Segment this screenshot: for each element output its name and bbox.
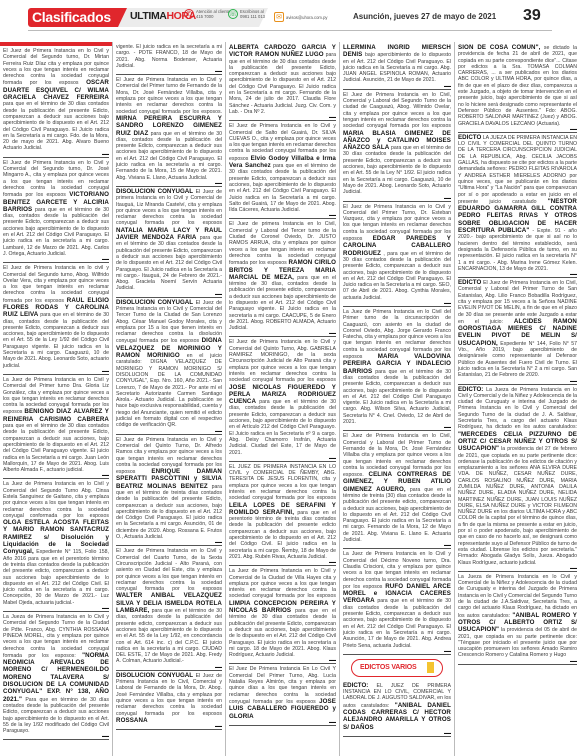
legal-notice: La Juez de Primera Instancia en lo Civil…: [3, 479, 109, 612]
notice-code: ▬▬: [3, 257, 109, 261]
notice-text-end: para que en el término de 30 días contad…: [229, 608, 336, 658]
notice-text-end: para que en el término de 30 días contad…: [343, 145, 451, 195]
notice-text-end: para que en el término de 30 días, conta…: [116, 608, 222, 664]
notice-text-end: para que en el término de 30 días contad…: [3, 101, 109, 151]
legal-notice: DISOLUCION CONYUGAL El Juez de primera I…: [116, 187, 222, 298]
column-3: ALBERTA CARDOZO GARCIA Y VICTOR RAMON NU…: [226, 42, 340, 756]
contact-value: 0981 111 013: [240, 14, 265, 19]
legal-notice: El Juez de Primera Instancia en lo Civil…: [3, 46, 109, 158]
notice-code: ▬▬: [116, 540, 222, 544]
notice-code: ▬▬: [3, 734, 109, 738]
notice-parties: ALBERTA CARDOZO GARCIA Y VICTOR RAMON NU…: [229, 44, 336, 58]
column-1: El Juez de Primera Instancia en lo Civil…: [0, 42, 113, 756]
legal-notice: El Juez de Primera Instancia en lo Civil…: [116, 435, 222, 547]
notice-code: ▬▬: [343, 301, 451, 305]
publication-date: Asunción, jueves 27 de mayo de 2021: [353, 12, 496, 21]
contact-whatsapp[interactable]: ☏ Escribinos al0981 111 013: [228, 9, 265, 19]
page-number: 39: [523, 7, 541, 25]
notice-lead: EDICTO:: [458, 386, 483, 393]
legal-notice: El Juez de Primera Instancia en lo Civil…: [343, 431, 451, 549]
logo-main: ULTIMA: [130, 10, 166, 22]
legal-notice: El Juez de Primera Instancia en lo Civil…: [229, 121, 336, 219]
legal-notice: EL JUEZ DE PRIMERA INSTANCIA EN LO CIVIL…: [229, 462, 336, 566]
mail-icon: ✉: [274, 12, 284, 22]
notice-code: ▬▬: [116, 181, 222, 185]
notice-lead: DISOLUCION CONYUGAL: [116, 188, 193, 195]
legal-notice: La Jueza de Primera Instancia en lo Civi…: [458, 572, 577, 665]
notice-code: ▬▬: [343, 543, 451, 547]
legal-notice: El Juez de Primera Instancia en lo Civil…: [229, 337, 336, 461]
notice-code: ▬▬: [343, 425, 451, 429]
contact-value: 415 7000: [196, 14, 213, 19]
contact-value: avisos@uhora.com.py: [286, 15, 328, 20]
header-divider: [28, 30, 552, 31]
notice-text-end: Expediente N° 115, Folio 158, Año 2016 p…: [3, 549, 109, 605]
notice-parties: "NORMA NEOMICIA AREVALOS DE MORENO C/ HE…: [3, 652, 109, 703]
contact-phone[interactable]: ✆ Atención al cliente415 7000: [184, 9, 230, 19]
legal-notice: EDICTO LA JUEZA DE PRIMERA INSTANCIA EN …: [458, 133, 577, 278]
banner-icon: [427, 662, 434, 673]
legal-notice: EDICTO El Juez de Primera Instancia en l…: [458, 278, 577, 384]
notice-code: ▬▬: [343, 649, 451, 653]
notice-parties: ROSSANA: [116, 717, 148, 724]
notice-text-end: para que en el término de treinta (30) d…: [343, 487, 451, 543]
section-brand: Clasificados: [28, 8, 128, 27]
notice-code: ▬▬: [458, 379, 577, 383]
phone-icon: ✆: [184, 9, 194, 19]
notice-code: ▬▬: [116, 292, 222, 296]
column-2: vigente. El juicio radica en la secretar…: [113, 42, 226, 756]
notice-code: ▬▬: [229, 720, 336, 724]
notice-parties: SION DE COSA COMUN",: [458, 44, 540, 51]
notice-text-end: la providencia del 27 de febrero de 2021…: [458, 446, 577, 565]
classifieds-columns: El Juez de Primera Instancia en lo Civil…: [0, 42, 580, 756]
notice-code: ▬▬: [458, 272, 577, 276]
notice-code: ▬▬: [458, 127, 577, 131]
legal-notice: El Juez De Primera Instancia En Lo Civil…: [229, 664, 336, 725]
notice-code: ▬▬: [458, 659, 577, 663]
contact-email[interactable]: ✉ avisos@uhora.com.py: [274, 12, 328, 22]
notice-text-end: para que en el término de 30 días contad…: [229, 52, 336, 115]
notice-code: ▬▬: [458, 566, 577, 570]
notice-code: ▬▬: [229, 456, 336, 460]
notice-text: El Juez de Primera Instancia en lo Civil…: [116, 548, 222, 592]
notice-code: ▬▬: [229, 213, 336, 217]
legal-notice: vigente. El juicio radica en la secretar…: [116, 42, 222, 75]
legal-notice: LLERMINA INGRID MIERSCH DENIS bajo aperc…: [343, 42, 451, 90]
notice-text-end: para que en el término de 30 días, conta…: [3, 312, 109, 368]
notice-text: El Juez de Primera Instancia en lo Civil…: [116, 77, 222, 114]
notice-text-end: para que en el término de 30 días contad…: [3, 423, 109, 473]
notice-text: El Juez de primera Instancia en lo Civil…: [116, 189, 222, 226]
notice-code: ▬▬: [116, 665, 222, 669]
notice-text-end: - Expte. 91 - año 2020.- bajo apercibimi…: [458, 228, 577, 272]
notice-text-end: para que en el término de 30 días contad…: [229, 163, 336, 213]
legal-notice: El Juez de Primera Instancia en lo Civil…: [343, 202, 451, 307]
notice-code: ▬▬: [229, 331, 336, 335]
notice-code: ▬▬: [3, 152, 109, 156]
section-title: Clasificados: [28, 8, 128, 27]
legal-notice: SION DE COSA COMUN", se dictado la provi…: [458, 42, 577, 133]
notice-text: LA JUEZA DE PRIMERA INSTANCIA EN LO CIVI…: [458, 135, 577, 205]
notice-text: El Juez de Primera Instancia en lo Civil…: [229, 339, 336, 383]
notice-text: La Juez de Primera Instancia en lo Civil…: [3, 481, 109, 518]
legal-notice: El Juez de Primera Instancia en lo Civil…: [3, 158, 109, 263]
notice-text-end: para que en el término de 30 días, conta…: [116, 131, 222, 181]
notice-code: ▬▬: [229, 658, 336, 662]
legal-notice: La Juez de Primera Instancia en lo Civil…: [343, 307, 451, 431]
notice-lead: EDICTO: [458, 134, 481, 141]
column-5: SION DE COSA COMUN", se dictado la provi…: [455, 42, 580, 756]
legal-notice: DISOLUCION CONYUGAL El Juez de Primera I…: [116, 671, 222, 730]
notice-code: ▬▬: [343, 731, 451, 735]
notice-code: ▬▬: [229, 560, 336, 564]
notice-text-end: para que en el término de 30 días, conta…: [3, 207, 109, 257]
notice-text-end: para que en el término de 30 días contad…: [116, 235, 222, 291]
notice-text-end: para que en el término de treinta días c…: [116, 484, 222, 540]
notice-text-end: en el juicio caratulado: DIGNA VELAZQUEZ…: [116, 353, 222, 428]
notice-code: ▬▬: [343, 84, 451, 88]
notice-lead: DISOLUCION CONYUGAL: [116, 672, 193, 679]
legal-notice: La Juez de Primera Instancia en lo Civil…: [3, 375, 109, 479]
notice-text-end: para que en el término de 30 días contad…: [343, 369, 451, 425]
notice-code: ▬▬: [229, 115, 336, 119]
notice-code: ▬▬: [3, 606, 109, 610]
page-header: Clasificados ULTIMAHORA ✆ Atención al cl…: [0, 0, 580, 40]
section-banner-edictos-varios: EDICTOS VARIOS: [351, 659, 443, 677]
notice-text-end: para que en el término de 30 días, conta…: [229, 275, 336, 331]
legal-notice: EDICTO: La Jueza de Primera Instancia en…: [458, 385, 577, 572]
notice-code: ▬▬: [3, 473, 109, 477]
banner-label: EDICTOS VARIOS: [360, 664, 416, 671]
notice-code: ▬▬: [116, 724, 222, 728]
notice-text: El Juez de Primera Instancia en lo Civil…: [343, 92, 451, 129]
notice-text: El Juez de Primera Instancia en lo Civil…: [116, 673, 222, 717]
notice-text: vigente. El juicio radica en la secretar…: [116, 44, 222, 69]
notice-text: La Juez de Primera Instancia en lo Civil…: [229, 568, 336, 599]
notice-text-end: para que en el término de 30 días contad…: [343, 598, 451, 648]
notice-text-end: para que en el término de 30 días, conta…: [229, 399, 336, 455]
notice-code: ▬▬: [116, 69, 222, 73]
legal-notice: El Juez de primera Instancia en lo Civil…: [229, 219, 336, 337]
notice-code: ▬▬: [116, 429, 222, 433]
notice-text: La Jueza de Primera Instancia en lo Civi…: [458, 387, 577, 431]
notice-lead: EDICTO: [458, 279, 481, 286]
column-4: LLERMINA INGRID MIERSCH DENIS bajo aperc…: [340, 42, 455, 756]
legal-notice: La Jueza de Primera Instancia en lo Civi…: [3, 612, 109, 740]
legal-notice: La Juez de Primera Instancia en lo Civil…: [343, 549, 451, 654]
legal-notice: El Juez de Primera Instancia en lo Civil…: [116, 75, 222, 187]
legal-notice: La Juez de Primera Instancia en lo Civil…: [229, 566, 336, 664]
legal-notice: EDICTO: EL JUEZ DE PRIMERA INSTANCIA EN …: [343, 681, 451, 737]
notice-text-end: Expediente N° 144, Folio N° 57 Vto., Año…: [458, 341, 577, 378]
notice-lead: DISOLUCION CONYUGAL: [116, 299, 193, 306]
notice-lead: EDICTO:: [343, 682, 368, 689]
notice-text-end: para que en el perentorio término de tre…: [229, 510, 336, 560]
legal-notice: ALBERTA CARDOZO GARCIA Y VICTOR RAMON NU…: [229, 42, 336, 121]
legal-notice: El Juez de Primera Instancia en lo civil…: [3, 263, 109, 375]
notice-text: EL JUEZ DE PRIMERA INSTANCIA EN LO CIVIL…: [229, 464, 336, 501]
legal-notice: DISOLUCION CONYUGAL El Juez de Primera I…: [116, 298, 222, 435]
notice-text-end: , para que en el término de 30 días cont…: [343, 251, 451, 301]
notice-code: ▬▬: [3, 369, 109, 373]
notice-text-end: Para que en término de 30 días contados …: [3, 697, 109, 734]
notice-text-end: se dictado la providencia de fecha 21 de…: [458, 45, 577, 127]
legal-notice: El Juez de Primera Instancia en lo Civil…: [116, 546, 222, 670]
legal-notice: El Juez de Primera Instancia en lo Civil…: [343, 90, 451, 202]
whatsapp-icon: ☏: [228, 9, 238, 19]
notice-code: ▬▬: [343, 196, 451, 200]
